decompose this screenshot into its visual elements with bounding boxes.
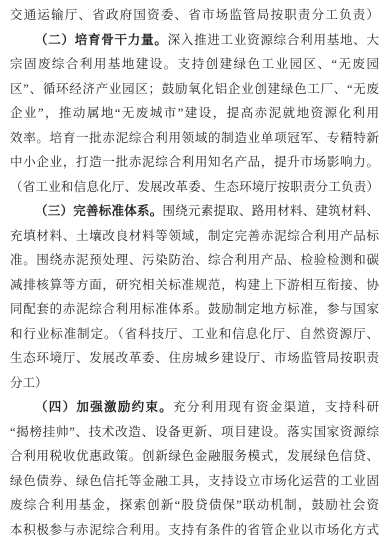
text-line: 生态环境厅、发展改革委、住房城乡建设厅、市场监管局按职责 xyxy=(10,346,379,371)
section-heading: （四）加强激励约束。 xyxy=(35,400,173,414)
text-line: 交通运输厅、省政府国资委、省市场监管局按职责分工负责） xyxy=(10,3,379,28)
text-line: 废综合利用基金，探索创新“股贷债保”联动机制，鼓励社会资 xyxy=(10,493,379,518)
text-line: （四）加强激励约束。充分利用现有资金渠道，支持科研 xyxy=(10,395,379,420)
section-heading: （三）完善标准体系。 xyxy=(35,204,163,218)
text-line: 同配套的赤泥综合利用标准体系。鼓励制定地方标准，参与国家 xyxy=(10,297,379,322)
section-heading: （二）培育骨干力量。 xyxy=(35,33,168,47)
text-line: 和行业标准制定。（省科技厅、工业和信息化厅、自然资源厅、 xyxy=(10,322,379,347)
text-line: （三）完善标准体系。围绕元素提取、路用材料、建筑材料、 xyxy=(10,199,379,224)
text-line: 分工） xyxy=(10,371,379,396)
text-line: 中小企业，打造一批赤泥综合利用知名产品，提升市场影响力。 xyxy=(10,150,379,175)
text-line: 准。围绕赤泥预处理、污染防治、综合利用产品、检验检测和碳 xyxy=(10,248,379,273)
text-line: 效率。培育一批赤泥综合利用领域的制造业单项冠军、专精特新 xyxy=(10,126,379,151)
text-line: 减排核算等方面，研究相关标准规范，构建上下游相互衔接、协 xyxy=(10,273,379,298)
text-line: （省工业和信息化厅、发展改革委、生态环境厅按职责分工负责） xyxy=(10,175,379,200)
text-line: （二）培育骨干力量。深入推进工业资源综合利用基地、大 xyxy=(10,28,379,53)
text-line: 区”、循环经济产业园区；鼓励氧化铝企业创建绿色工厂、“无废 xyxy=(10,77,379,102)
text-line: 充填材料、土壤改良材料等领域，制定完善赤泥综合利用产品标 xyxy=(10,224,379,249)
text-line: 合利用税收优惠政策。创新绿色金融服务模式，发展绿色信贷、 xyxy=(10,444,379,469)
document-page: 交通运输厅、省政府国资委、省市场监管局按职责分工负责）（二）培育骨干力量。深入推… xyxy=(0,0,390,543)
text-line: 企业”，推动属地“无废城市”建设，提高赤泥就地资源化利用 xyxy=(10,101,379,126)
text-line: 宗固废综合利用基地建设。支持创建绿色工业园区、“无废园 xyxy=(10,52,379,77)
text-line: 绿色债券、绿色信托等金融工具，支持设立市场化运营的工业固 xyxy=(10,469,379,494)
text-line: “揭榜挂帅”、技术改造、设备更新、项目建设。落实国家资源综 xyxy=(10,420,379,445)
text-line: 本积极参与赤泥综合利用。支持有条件的省管企业以市场化方式 xyxy=(10,518,379,543)
